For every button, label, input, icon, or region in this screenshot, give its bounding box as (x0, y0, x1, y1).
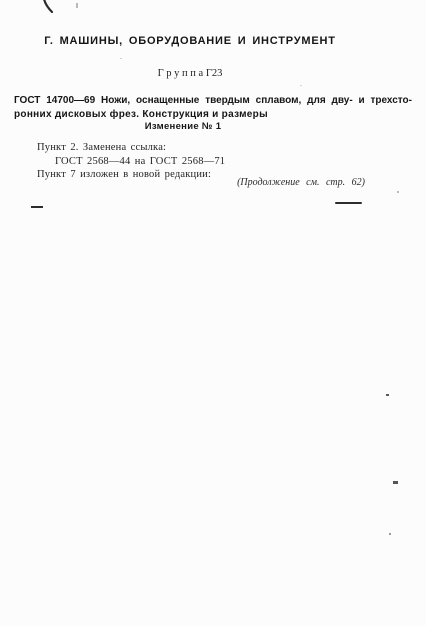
standard-title-line1: ГОСТ 14700—69 Ножи, оснащенные твердым с… (14, 94, 412, 108)
standard-title-line2: ронних дисковых фрез. Конструкция и разм… (14, 108, 412, 122)
section-heading: Г. МАШИНЫ, ОБОРУДОВАНИЕ И ИНСТРУМЕНТ (0, 35, 380, 47)
amendment-line: ГОСТ 2568—44 на ГОСТ 2568—71 (55, 156, 225, 167)
continuation-note: (Продолжение см. стр. 62) (0, 177, 365, 188)
pen-stroke-mark (41, 0, 57, 14)
amendment-heading: Изменение № 1 (0, 121, 366, 132)
scan-speck (393, 481, 398, 484)
dash-mark-right (335, 202, 362, 204)
scanned-document-page: Г. МАШИНЫ, ОБОРУДОВАНИЕ И ИНСТРУМЕНТ Г р… (0, 0, 426, 626)
scan-speck (120, 58, 122, 59)
dash-mark-left (31, 206, 43, 208)
standard-title: ГОСТ 14700—69 Ножи, оснащенные твердым с… (14, 94, 412, 122)
scan-speck (300, 85, 302, 86)
scan-speck (389, 533, 391, 535)
group-label: Г р у п п а Г23 (0, 68, 380, 79)
scan-speck (386, 394, 389, 396)
scan-speck (397, 191, 399, 193)
amendment-line: Пункт 2. Заменена ссылка: (37, 142, 166, 153)
scan-tick-mark (76, 3, 78, 8)
